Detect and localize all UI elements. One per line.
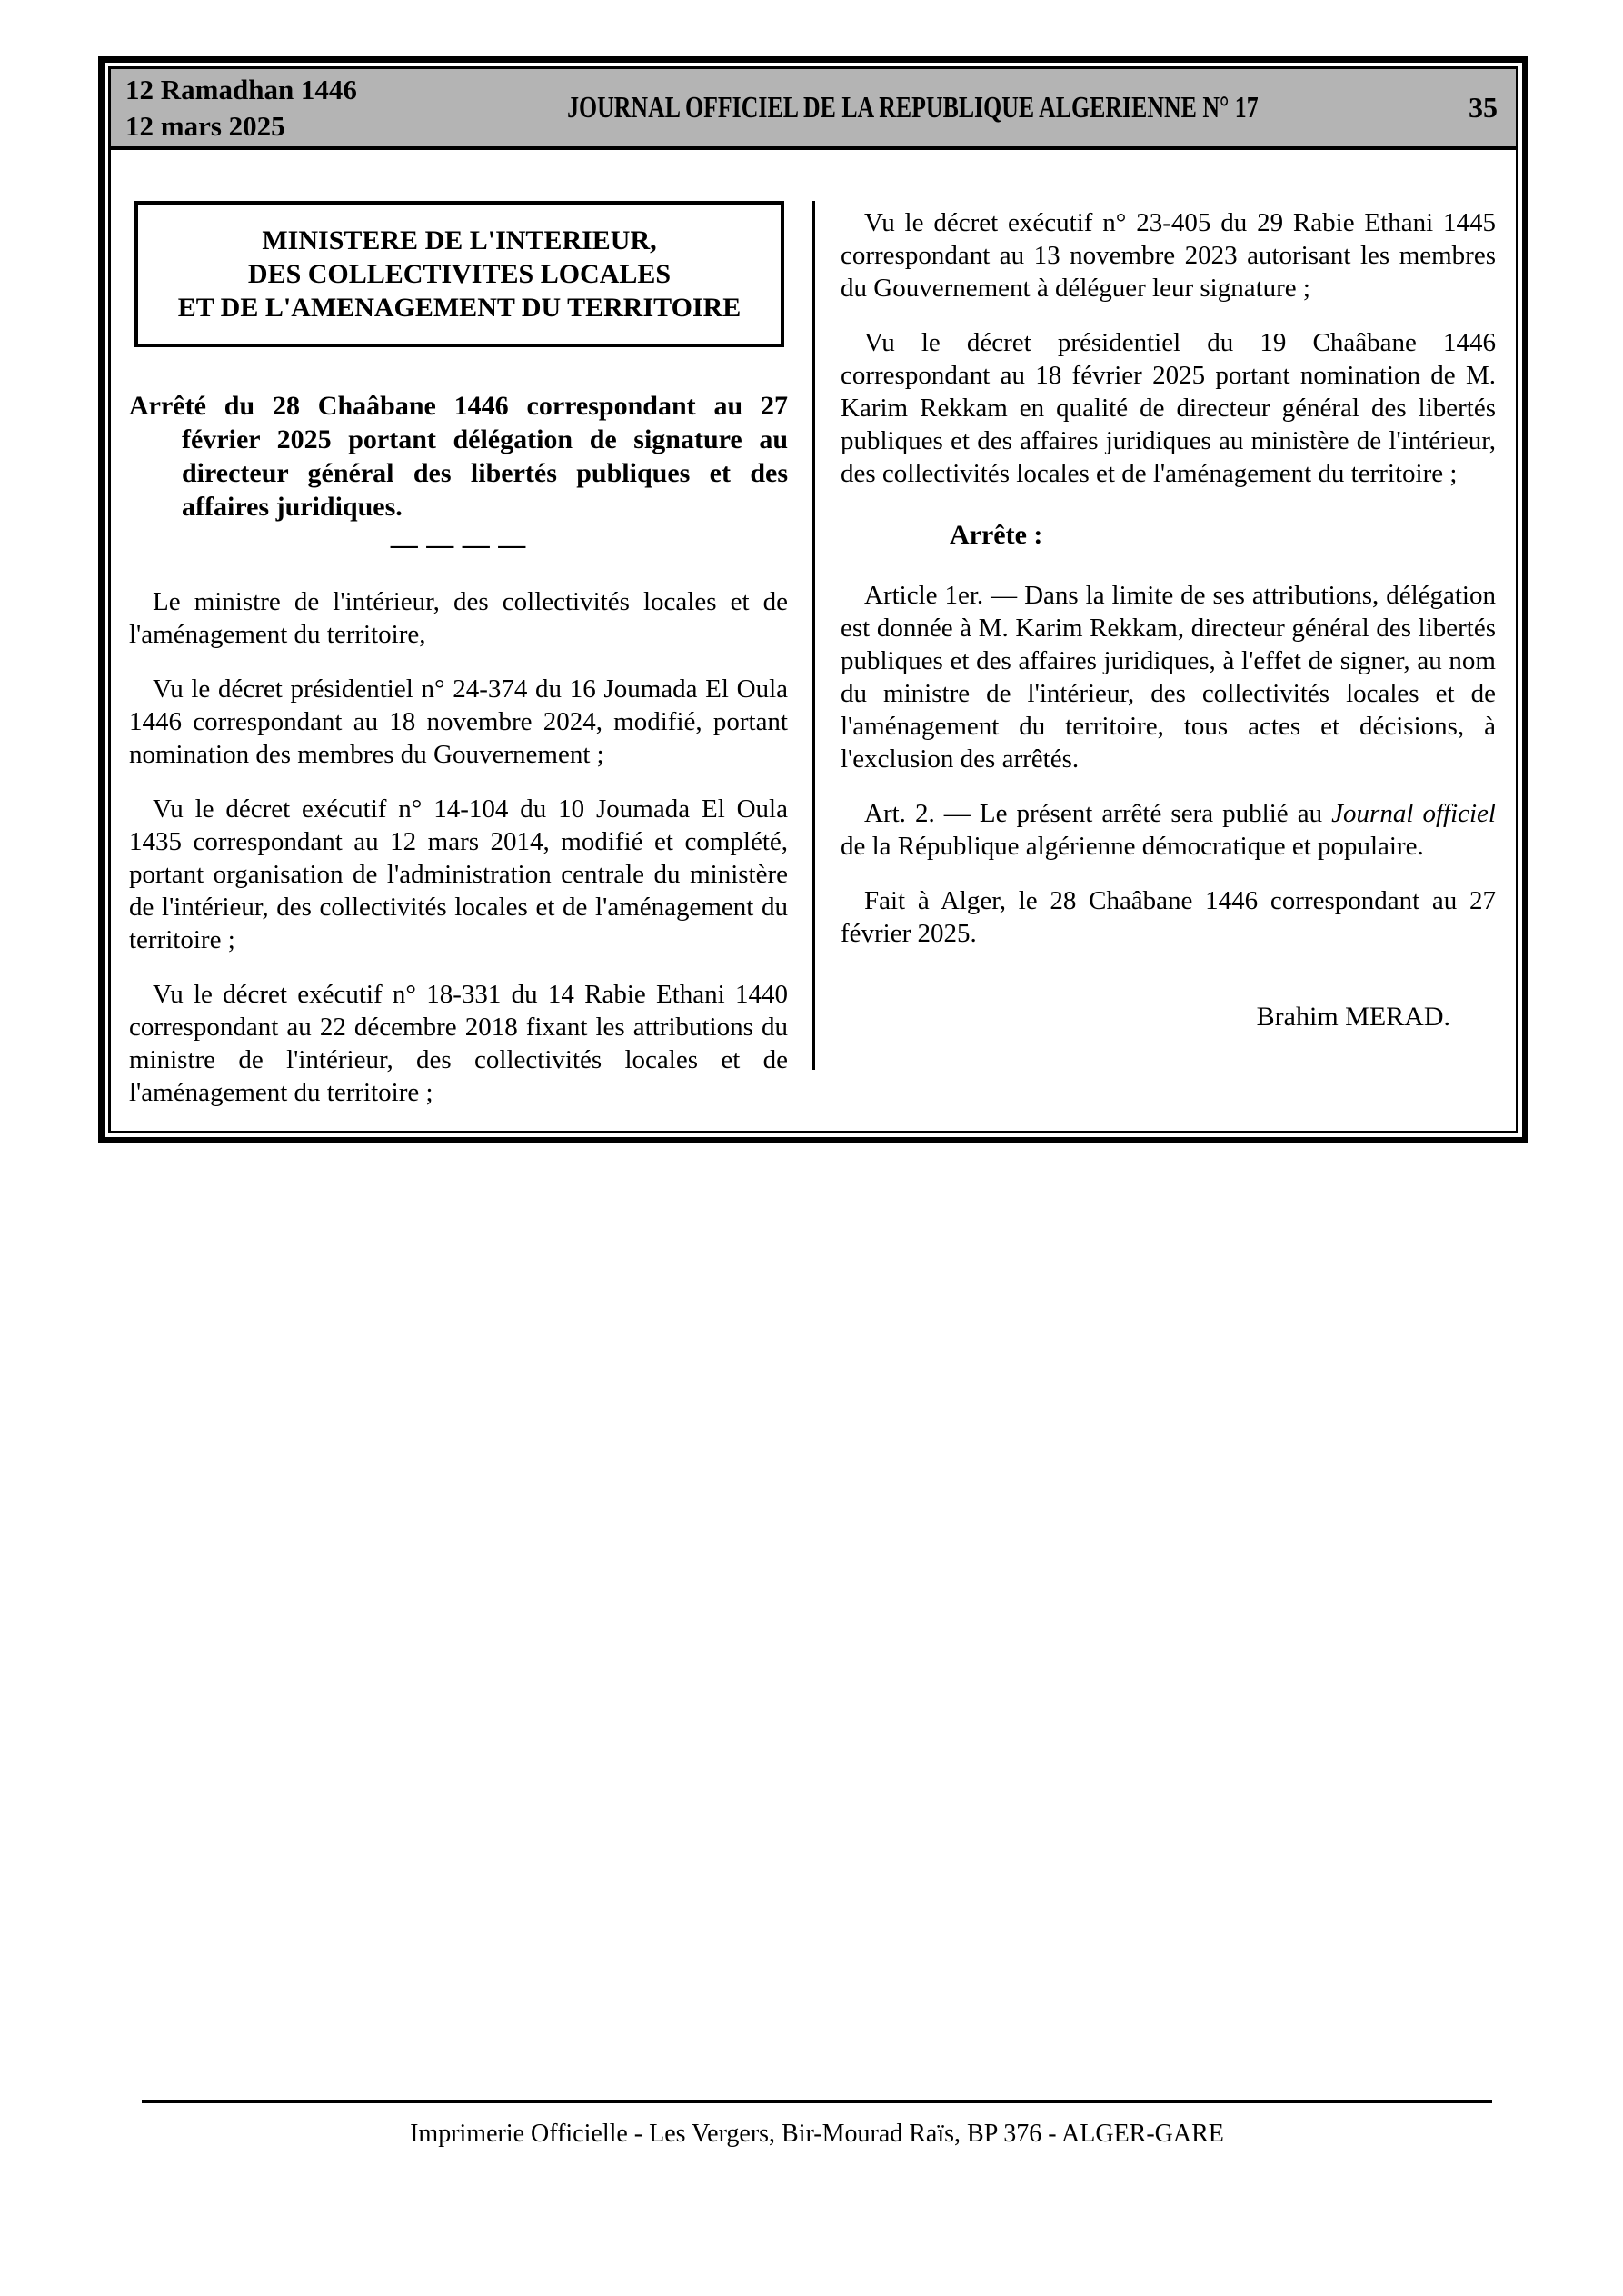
article-2-pre: Art. 2. — Le présent arrêté sera publié … — [864, 799, 1331, 828]
document-frame: 12 Ramadhan 1446 12 mars 2025 JOURNAL OF… — [98, 56, 1528, 1143]
ministry-line-3: ET DE L'AMENAGEMENT DU TERRITOIRE — [145, 291, 773, 324]
ministry-heading-box: MINISTERE DE L'INTERIEUR, DES COLLECTIVI… — [134, 201, 784, 347]
journal-header: 12 Ramadhan 1446 12 mars 2025 JOURNAL OF… — [111, 69, 1516, 150]
article-2-post: de la République algérienne démocratique… — [841, 832, 1424, 861]
journal-title-wrap: JOURNAL OFFICIEL DE LA REPUBLIQUE ALGERI… — [357, 91, 1469, 125]
hijri-date: 12 Ramadhan 1446 — [125, 72, 357, 108]
journal-page: 12 Ramadhan 1446 12 mars 2025 JOURNAL OF… — [0, 0, 1623, 2296]
signature: Brahim MERAD. — [841, 1001, 1496, 1033]
paragraph-decree-nomination: Vu le décret présidentiel du 19 Chaâbane… — [841, 326, 1496, 490]
arrete-heading: Arrête : — [950, 519, 1496, 552]
ministry-line-1: MINISTERE DE L'INTERIEUR, — [145, 224, 773, 257]
paragraph-decree-23-405: Vu le décret exécutif n° 23-405 du 29 Ra… — [841, 206, 1496, 304]
page-content: MINISTERE DE L'INTERIEUR, DES COLLECTIVI… — [111, 150, 1516, 1131]
gregorian-date: 12 mars 2025 — [125, 108, 357, 145]
left-column: MINISTERE DE L'INTERIEUR, DES COLLECTIVI… — [111, 150, 813, 1131]
paragraph-decree-14-104: Vu le décret exécutif n° 14-104 du 10 Jo… — [129, 793, 788, 956]
imprint: Imprimerie Officielle - Les Vergers, Bir… — [142, 2120, 1492, 2149]
document-frame-inner: 12 Ramadhan 1446 12 mars 2025 JOURNAL OF… — [108, 66, 1518, 1133]
article-2: Art. 2. — Le présent arrêté sera publié … — [841, 797, 1496, 863]
ministry-line-2: DES COLLECTIVITES LOCALES — [145, 257, 773, 291]
closing-date: Fait à Alger, le 28 Chaâbane 1446 corres… — [841, 884, 1496, 950]
article-1: Article 1er. — Dans la limite de ses att… — [841, 579, 1496, 775]
journal-title: JOURNAL OFFICIEL DE LA REPUBLIQUE ALGERI… — [567, 91, 1259, 125]
journal-officiel-italic: Journal officiel — [1331, 799, 1496, 828]
column-divider — [812, 201, 815, 1070]
paragraph-minister: Le ministre de l'intérieur, des collecti… — [129, 585, 788, 651]
header-dates: 12 Ramadhan 1446 12 mars 2025 — [125, 72, 357, 145]
paragraph-decree-18-331: Vu le décret exécutif n° 18-331 du 14 Ra… — [129, 978, 788, 1109]
decree-title: Arrêté du 28 Chaâbane 1446 correspondant… — [129, 389, 788, 524]
footer-rule — [142, 2100, 1492, 2103]
right-column: Vu le décret exécutif n° 23-405 du 29 Ra… — [813, 150, 1516, 1033]
dash-separator: — — — — — [129, 529, 788, 562]
page-number: 35 — [1469, 91, 1498, 125]
paragraph-decree-24-374: Vu le décret présidentiel n° 24-374 du 1… — [129, 673, 788, 771]
